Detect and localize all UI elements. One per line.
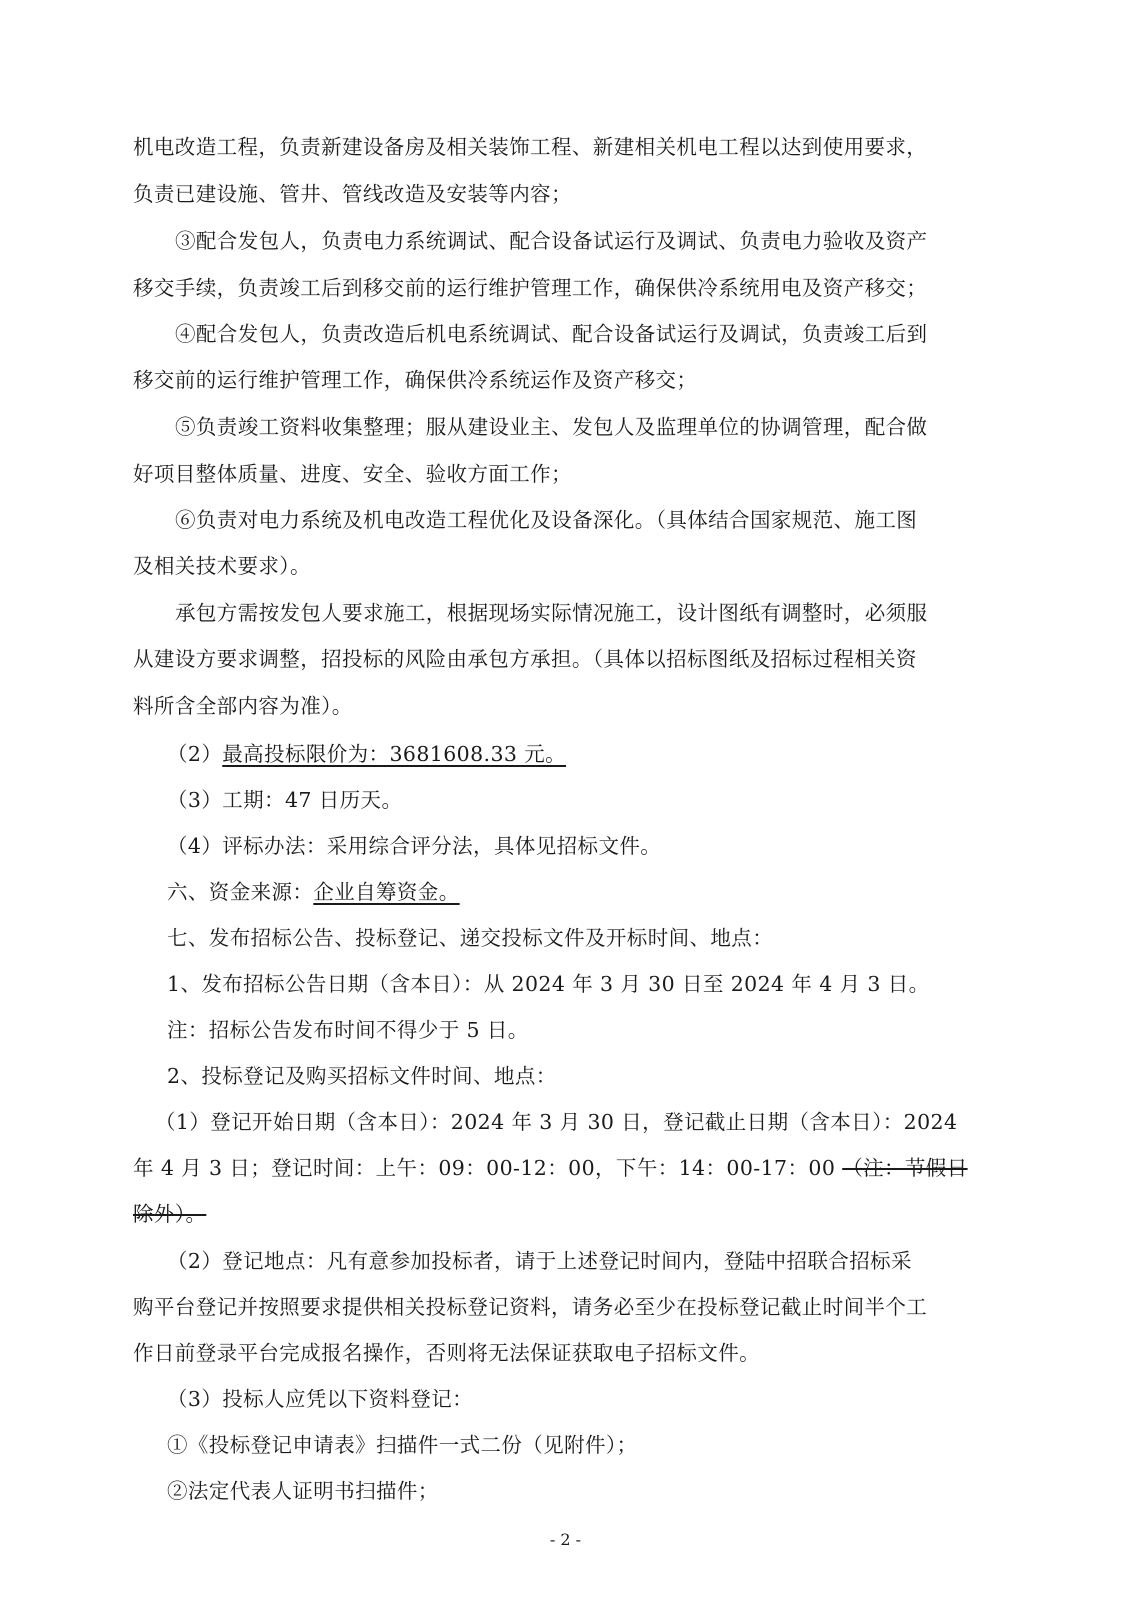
- funding-source: 六、资金来源：企业自筹资金。: [167, 878, 1012, 906]
- required-material-item: ①《投标登记申请表》扫描件一式二份（见附件）；: [167, 1431, 1012, 1459]
- paragraph-line: 机电改造工程，负责新建设备房及相关装饰工程、新建相关机电工程以达到使用要求，: [133, 133, 978, 161]
- paragraph-line: ⑥负责对电力系统及机电改造工程优化及设备深化。（具体结合国家规范、施工图: [175, 506, 1020, 534]
- registration-location: （2）登记地点：凡有意参加投标者，请于上述登记时间内，登陆中招联合招标采: [167, 1247, 1012, 1275]
- paragraph-line: 从建设方要求调整，招投标的风险由承包方承担。（具体以招标图纸及招标过程相关资: [133, 645, 978, 673]
- registration-location-cont: 购平台登记并按照要求提供相关投标登记资料，请务必至少在投标登记截止时间半个工: [133, 1293, 978, 1321]
- document-page: 机电改造工程，负责新建设备房及相关装饰工程、新建相关机电工程以达到使用要求， 负…: [0, 0, 1131, 1600]
- paragraph-line: 及相关技术要求）。: [133, 552, 978, 580]
- required-materials-heading: （3）投标人应凭以下资料登记：: [167, 1385, 1012, 1413]
- paragraph-line: 料所含全部内容为准）。: [133, 692, 978, 720]
- paragraph-line: ③配合发包人，负责电力系统调试、配合设备试运行及调试、负责电力验收及资产: [175, 227, 1020, 255]
- registration-dates: （1）登记开始日期（含本日）：2024 年 3 月 30 日，登记截止日期（含本…: [155, 1108, 1000, 1136]
- paragraph-line: 好项目整体质量、进度、安全、验收方面工作；: [133, 460, 978, 488]
- registration-times-cont: 除外）。: [133, 1200, 978, 1228]
- registration-location-cont: 作日前登录平台完成报名操作，否则将无法保证获取电子招标文件。: [133, 1339, 978, 1367]
- paragraph-line: ④配合发包人，负责改造后机电系统调试、配合设备试运行及调试，负责竣工后到: [175, 320, 1020, 348]
- construction-period: （3）工期：47 日历天。: [167, 786, 1012, 814]
- paragraph-line: 负责已建设施、管井、管线改造及安装等内容；: [133, 180, 978, 208]
- paragraph-line: ⑤负责竣工资料收集整理；服从建设业主、发包人及监理单位的协调管理，配合做: [175, 413, 1020, 441]
- section-heading: 七、发布招标公告、投标登记、递交投标文件及开标时间、地点：: [167, 924, 1012, 952]
- evaluation-method: （4）评标办法：采用综合评分法，具体见招标文件。: [167, 832, 1012, 860]
- max-bid-price: （2）最高投标限价为：3681608.33 元。: [167, 740, 1012, 768]
- paragraph-line: 移交手续，负责竣工后到移交前的运行维护管理工作，确保供冷系统用电及资产移交；: [133, 274, 978, 302]
- registration-times: 年 4 月 3 日；登记时间：上午：09：00-12：00，下午：14：00-1…: [133, 1154, 978, 1182]
- page-number: - 2 -: [0, 1530, 1131, 1550]
- paragraph-line: 承包方需按发包人要求施工，根据现场实际情况施工，设计图纸有调整时，必须服: [175, 599, 1020, 627]
- announcement-dates: 1、发布招标公告日期（含本日）：从 2024 年 3 月 30 日至 2024 …: [167, 970, 1012, 998]
- required-material-item: ②法定代表人证明书扫描件；: [167, 1477, 1012, 1505]
- paragraph-line: 移交前的运行维护管理工作，确保供冷系统运作及资产移交；: [133, 366, 978, 394]
- registration-heading: 2、投标登记及购买招标文件时间、地点：: [167, 1062, 1012, 1090]
- announcement-note: 注：招标公告发布时间不得少于 5 日。: [167, 1016, 1012, 1044]
